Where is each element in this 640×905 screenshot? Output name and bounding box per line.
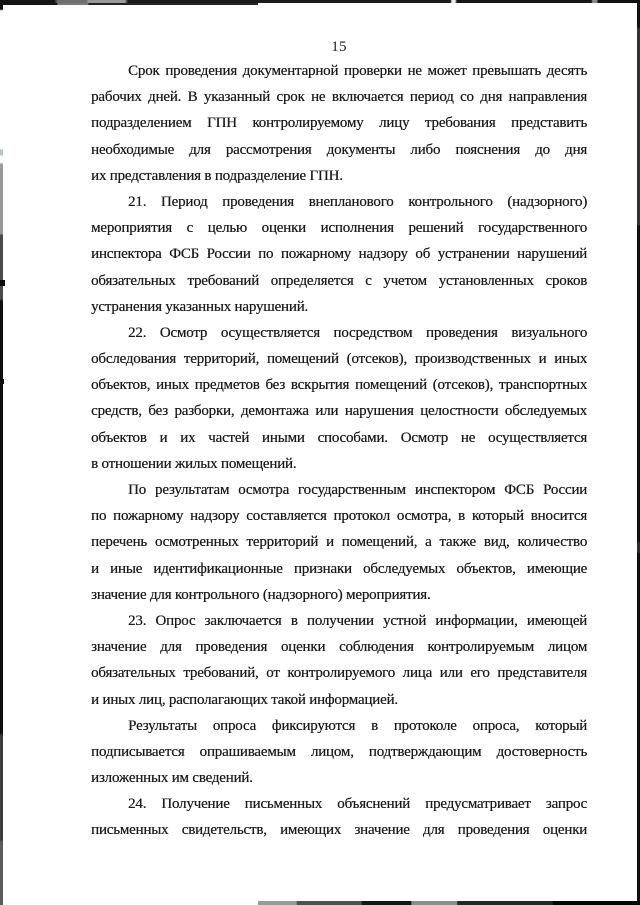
page-number: 15 [91, 39, 587, 56]
text-line: по пожарному надзору составляется проток… [91, 503, 587, 529]
paragraph: 23. Опрос заключается в получении устной… [91, 608, 587, 713]
text-line: подписывается опрашиваемым лицом, подтве… [91, 739, 587, 765]
text-line: объектов, иных предметов без вскрытия по… [91, 372, 587, 398]
paragraph: 24. Получение письменных объяснений пред… [91, 791, 587, 843]
text-line: Срок проведения документарной проверки н… [91, 58, 587, 84]
text-line: обследования территорий, помещений (отсе… [91, 346, 587, 372]
text-line: мероприятия с целью оценки исполнения ре… [91, 215, 587, 241]
text-line: Результаты опроса фиксируются в протокол… [91, 713, 587, 739]
scan-artifact-top-edge-left [0, 3, 258, 5]
document-page: 15 Срок проведения документарной проверк… [0, 0, 640, 905]
document-body: Срок проведения документарной проверки н… [91, 58, 587, 844]
text-line: устранения указанных нарушений. [91, 294, 587, 320]
text-line: 22. Осмотр осуществляется посредством пр… [91, 320, 587, 346]
text-line: обязательных требований определяется с у… [91, 268, 587, 294]
text-line: их представления в подразделение ГПН. [91, 163, 587, 189]
text-line: средств, без разборки, демонтажа или нар… [91, 398, 587, 424]
text-line: инспектора ФСБ России по пожарному надзо… [91, 241, 587, 267]
text-line: необходимые для рассмотрения документы л… [91, 137, 587, 163]
text-line: 24. Получение письменных объяснений пред… [91, 791, 587, 817]
text-line: 23. Опрос заключается в получении устной… [91, 608, 587, 634]
text-line: перечень осмотренных территорий и помеще… [91, 529, 587, 555]
text-line: в отношении жилых помещений. [91, 451, 587, 477]
paragraph: Срок проведения документарной проверки н… [91, 58, 587, 189]
text-line: и иных лиц, располагающих такой информац… [91, 687, 587, 713]
paragraph: По результатам осмотра государственным и… [91, 477, 587, 608]
scan-artifact-bottom-edge [258, 901, 640, 905]
scan-artifact-left-tick [0, 379, 4, 384]
text-line: объектов и их частей иными способами. Ос… [91, 425, 587, 451]
text-line: По результатам осмотра государственным и… [91, 477, 587, 503]
paragraph: 22. Осмотр осуществляется посредством пр… [91, 320, 587, 477]
paragraph: 21. Период проведения внепланового контр… [91, 189, 587, 320]
text-line: 21. Период проведения внепланового контр… [91, 189, 587, 215]
text-line: и иные идентификационные признаки обслед… [91, 556, 587, 582]
text-line: письменных свидетельств, имеющих значени… [91, 817, 587, 843]
text-line: изложенных им сведений. [91, 765, 587, 791]
paragraph: Результаты опроса фиксируются в протокол… [91, 713, 587, 792]
text-line: рабочих дней. В указанный срок не включа… [91, 84, 587, 110]
text-line: значение для контрольного (надзорного) м… [91, 582, 587, 608]
scan-artifact-left-edge [0, 0, 3, 905]
text-line: значение для проведения оценки соблюдени… [91, 634, 587, 660]
text-line: подразделением ГПН контролируемому лицу … [91, 110, 587, 136]
text-line: обязательных требований, от контролируем… [91, 660, 587, 686]
scan-artifact-left-tick [0, 280, 5, 286]
